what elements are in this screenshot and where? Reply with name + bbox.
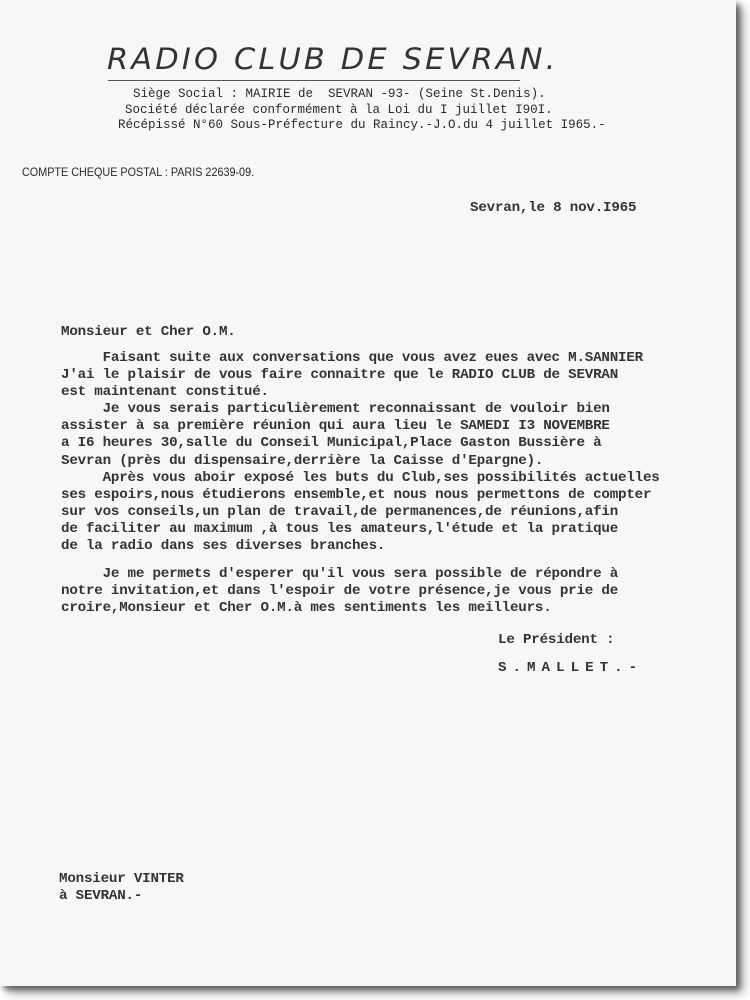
letter-page: RADIO CLUB DE SEVRAN. Siège Social : MAI… <box>0 0 736 986</box>
body-line: a I6 heures 30,salle du Conseil Municipa… <box>61 435 660 452</box>
letterhead-line-2: Société déclarée conformément à la Loi d… <box>125 102 553 118</box>
letterhead-rule <box>108 80 520 81</box>
postal-account: COMPTE CHEQUE POSTAL : PARIS 22639-09. <box>22 165 254 179</box>
signature-role: Le Président : <box>498 632 614 649</box>
body-line: Sevran (près du dispensaire,derrière la … <box>61 453 660 470</box>
letterhead-line-3: Récépissé N°60 Sous-Préfecture du Raincy… <box>118 117 606 133</box>
signature-name: S.MALLET.- <box>498 660 643 677</box>
body-line: Faisant suite aux conversations que vous… <box>61 350 660 367</box>
salutation: Monsieur et Cher O.M. <box>61 324 236 341</box>
recipient-name: Monsieur VINTER <box>59 871 184 888</box>
body-line: de la radio dans ses diverses branches. <box>61 538 660 555</box>
body-line: Après vous aboir exposé les buts du Club… <box>61 470 660 487</box>
letterhead-title: RADIO CLUB DE SEVRAN. <box>107 42 559 76</box>
recipient-place: à SEVRAN.- <box>59 888 142 905</box>
body-line: sur vos conseils,un plan de travail,de p… <box>61 504 660 521</box>
body-line: de faciliter au maximum ,à tous les amat… <box>61 521 660 538</box>
date-line: Sevran,le 8 nov.I965 <box>470 200 636 217</box>
body-line: assister à sa première réunion qui aura … <box>61 418 660 435</box>
letter-body: Faisant suite aux conversations que vous… <box>61 350 660 555</box>
letterhead-line-1: Siège Social : MAIRIE de SEVRAN -93- (Se… <box>133 86 546 102</box>
closing-line: croire,Monsieur et Cher O.M.à mes sentim… <box>61 600 618 617</box>
body-line: ses espoirs,nous étudierons ensemble,et … <box>61 487 660 504</box>
letter-closing: Je me permets d'esperer qu'il vous sera … <box>61 566 618 617</box>
body-line: J'ai le plaisir de vous faire connaitre … <box>61 367 660 384</box>
closing-line: notre invitation,et dans l'espoir de vot… <box>61 583 618 600</box>
body-line: Je vous serais particulièrement reconnai… <box>61 401 660 418</box>
body-line: est maintenant constitué. <box>61 384 660 401</box>
closing-line: Je me permets d'esperer qu'il vous sera … <box>61 566 618 583</box>
